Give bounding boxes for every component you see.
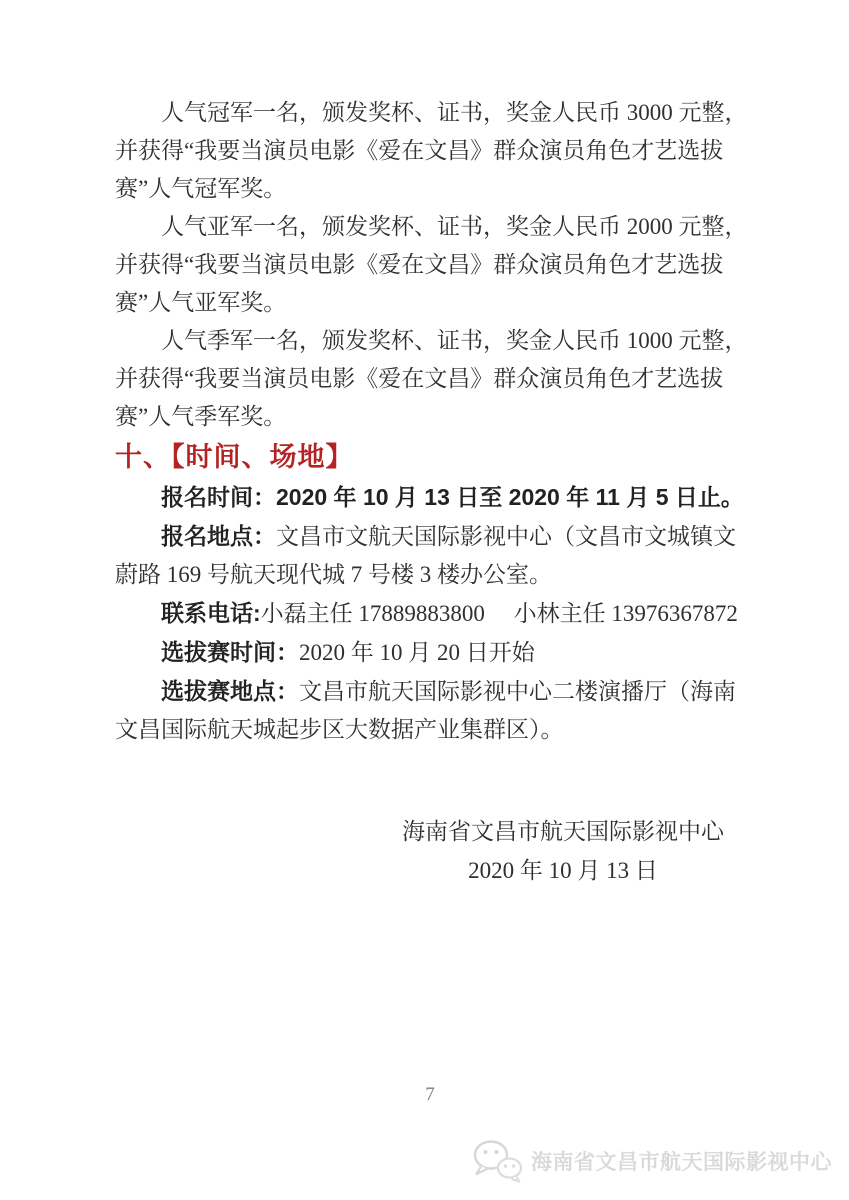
watermark: 海南省文昌市航天国际影视中心 <box>470 1138 832 1184</box>
paragraph-popularity-runner-up: 人气亚军一名，颁发奖杯、证书，奖金人民币 2000 元整， 并获得“我要当演员电… <box>115 208 773 322</box>
wechat-icon <box>470 1138 524 1184</box>
item-signup-time-value: 2020 年 10 月 13 日至 2020 年 11 月 5 日止。 <box>276 484 744 510</box>
watermark-text: 海南省文昌市航天国际影视中心 <box>531 1146 832 1176</box>
item-signup-location: 报名地点：文昌市文航天国际影视中心（文昌市文城镇文 蔚路 169 号航天现代城 … <box>115 517 773 594</box>
item-contest-time-label: 选拔赛时间： <box>161 639 299 665</box>
item-contact-phone-label: 联系电话: <box>161 600 261 626</box>
page-number: 7 <box>0 1084 849 1106</box>
item-contest-time-value: 2020 年 10 月 20 日开始 <box>299 640 535 665</box>
document-body: 人气冠军一名，颁发奖杯、证书，奖金人民币 3000 元整， 并获得“我要当演员电… <box>115 94 773 749</box>
signature-organization: 海南省文昌市航天国际影视中心 <box>398 812 728 851</box>
item-signup-time: 报名时间：2020 年 10 月 13 日至 2020 年 11 月 5 日止。 <box>115 478 773 517</box>
item-contest-time: 选拔赛时间：2020 年 10 月 20 日开始 <box>115 633 773 672</box>
item-contest-location-label: 选拔赛地点： <box>161 678 299 704</box>
item-contact-phone-value: 小磊主任 17889883800 小林主任 13976367872 <box>261 601 738 626</box>
signature-date: 2020 年 10 月 13 日 <box>398 851 728 890</box>
paragraph-popularity-champion: 人气冠军一名，颁发奖杯、证书，奖金人民币 3000 元整， 并获得“我要当演员电… <box>115 94 773 208</box>
item-contact-phone: 联系电话:小磊主任 17889883800 小林主任 13976367872 <box>115 594 773 633</box>
paragraph-popularity-third-place: 人气季军一名，颁发奖杯、证书，奖金人民币 1000 元整， 并获得“我要当演员电… <box>115 322 773 436</box>
document-page: 人气冠军一名，颁发奖杯、证书，奖金人民币 3000 元整， 并获得“我要当演员电… <box>0 0 849 1200</box>
signature-block: 海南省文昌市航天国际影视中心 2020 年 10 月 13 日 <box>398 812 728 890</box>
item-contest-location: 选拔赛地点：文昌市航天国际影视中心二楼演播厅（海南 文昌国际航天城起步区大数据产… <box>115 672 773 749</box>
item-signup-time-label: 报名时间： <box>161 484 276 510</box>
item-signup-location-label: 报名地点： <box>161 523 276 549</box>
section-heading-time-venue: 十、【时间、场地】 <box>115 436 773 478</box>
